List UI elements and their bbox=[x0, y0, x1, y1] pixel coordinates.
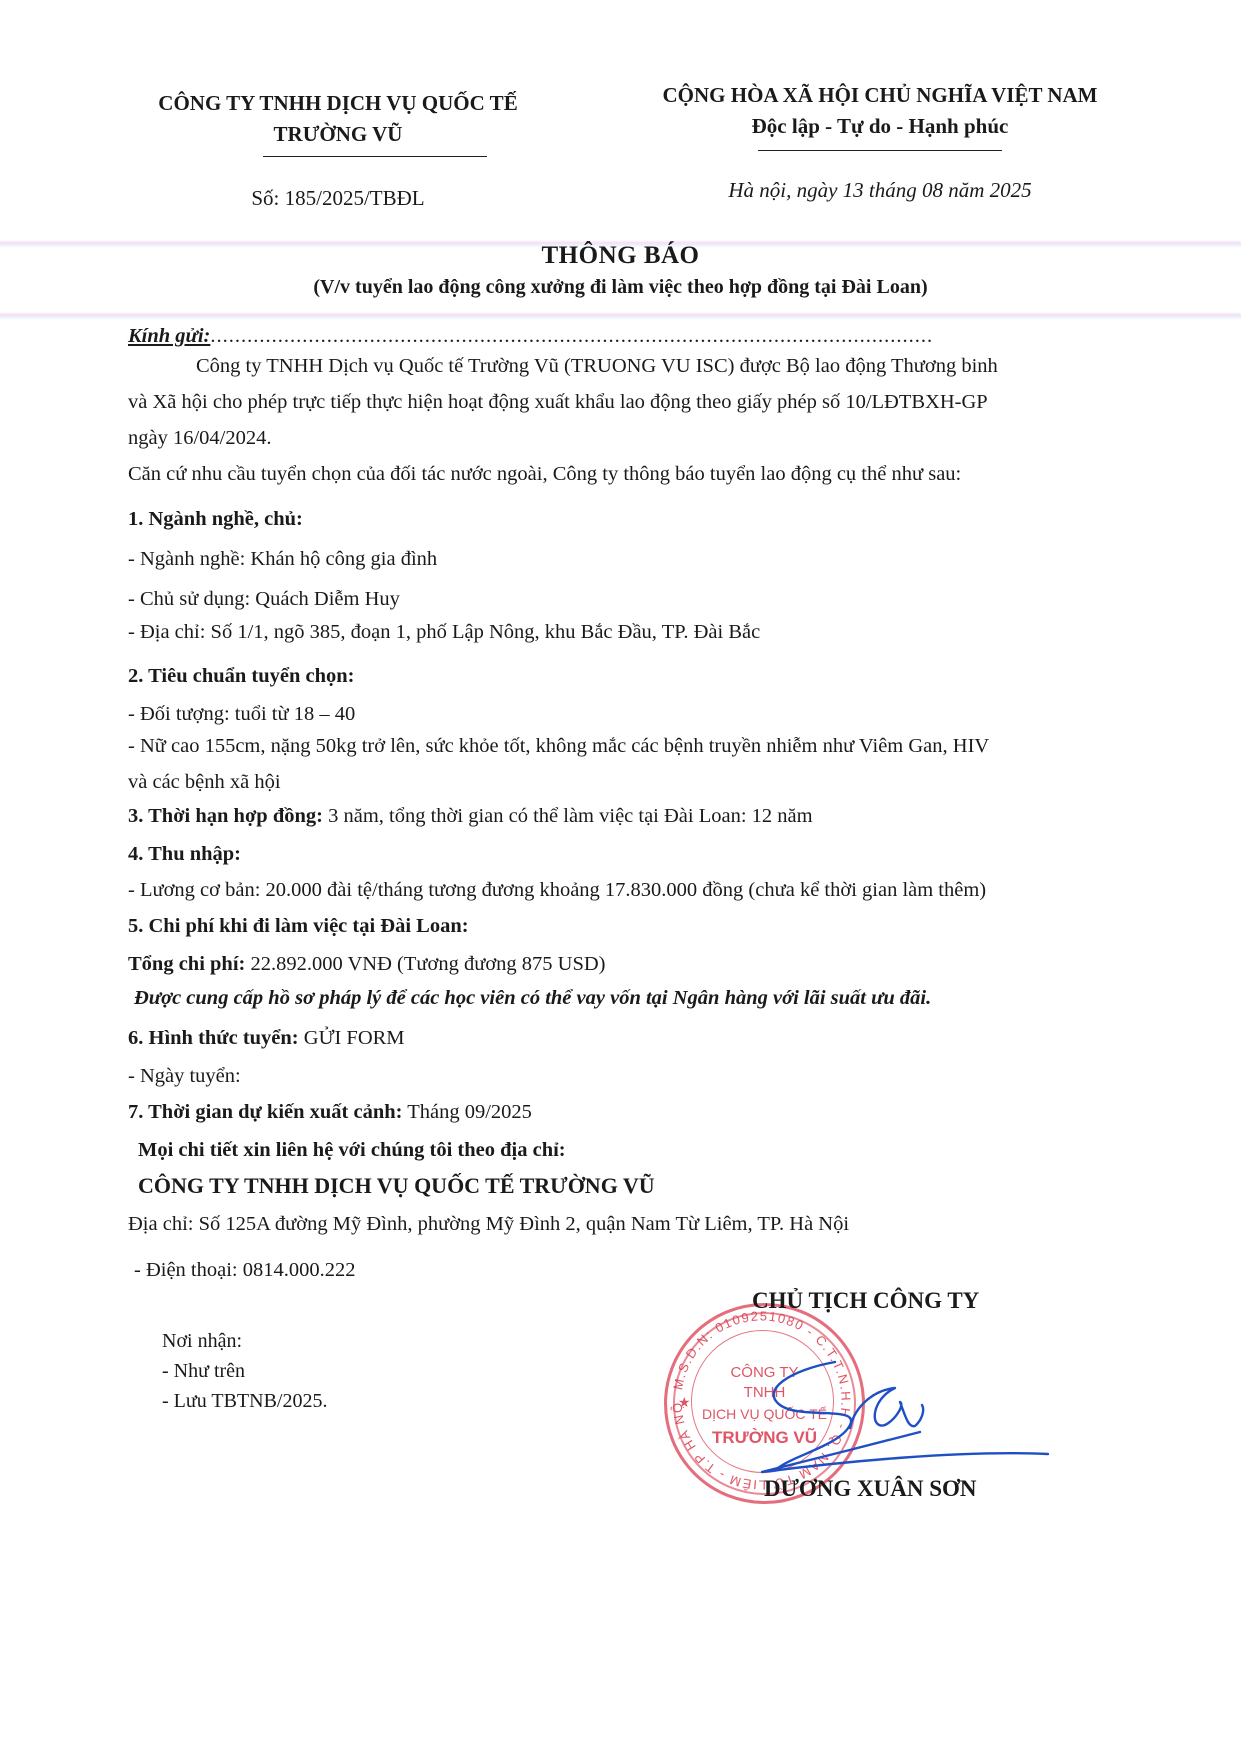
section-7: 7. Thời gian dự kiến xuất cảnh: Tháng 09… bbox=[128, 1098, 1188, 1126]
section-5-total-label: Tổng chi phí: bbox=[128, 953, 245, 975]
intro-line-3: ngày 16/04/2024. bbox=[128, 424, 1188, 452]
document-number: Số: 185/2025/TBĐL bbox=[118, 186, 558, 211]
section-5-total: Tổng chi phí: 22.892.000 VNĐ (Tương đươn… bbox=[128, 950, 1188, 978]
header-divider-left bbox=[263, 156, 487, 157]
section-1-employer: - Chủ sử dụng: Quách Diễm Huy bbox=[128, 585, 1188, 613]
signatory-title: CHỦ TỊCH CÔNG TY bbox=[752, 1288, 979, 1314]
intro-line-2: và Xã hội cho phép trực tiếp thực hiện h… bbox=[128, 388, 1188, 416]
section-6-date: - Ngày tuyển: bbox=[128, 1062, 1188, 1090]
section-6-value: GỬI FORM bbox=[299, 1027, 405, 1049]
section-4-heading: 4. Thu nhập: bbox=[128, 840, 1188, 868]
contact-company: CÔNG TY TNHH DỊCH VỤ QUỐC TẾ TRƯỜNG VŨ bbox=[138, 1172, 1198, 1200]
section-3-value: 3 năm, tổng thời gian có thể làm việc tạ… bbox=[323, 805, 813, 827]
nation-motto: Độc lập - Tự do - Hạnh phúc bbox=[600, 111, 1160, 142]
section-5-total-value: 22.892.000 VNĐ (Tương đương 875 USD) bbox=[245, 953, 605, 975]
section-2-age: - Đối tượng: tuổi từ 18 – 40 bbox=[128, 700, 1188, 728]
section-2-health-1: - Nữ cao 155cm, nặng 50kg trở lên, sức k… bbox=[128, 732, 1188, 760]
section-1-address: - Địa chỉ: Số 1/1, ngõ 385, đoạn 1, phố … bbox=[128, 618, 1188, 646]
handwritten-signature bbox=[700, 1350, 1060, 1480]
section-5-loan-note: Được cung cấp hồ sơ pháp lý để các học v… bbox=[134, 984, 1194, 1012]
scan-artifact bbox=[0, 312, 1241, 320]
intro-line-4: Căn cứ nhu cầu tuyển chọn của đối tác nư… bbox=[128, 460, 1188, 488]
recipient-item: - Lưu TBTNB/2025. bbox=[162, 1386, 327, 1416]
company-name-line2: TRƯỜNG VŨ bbox=[118, 119, 558, 150]
section-6-heading: 6. Hình thức tuyển: bbox=[128, 1027, 299, 1049]
section-2-heading: 2. Tiêu chuẩn tuyển chọn: bbox=[128, 662, 1188, 690]
section-1-job: - Ngành nghề: Khán hộ công gia đình bbox=[128, 545, 1188, 573]
section-3: 3. Thời hạn hợp đồng: 3 năm, tổng thời g… bbox=[128, 802, 1188, 830]
document-title: THÔNG BÁO bbox=[0, 242, 1241, 270]
section-7-value: Tháng 09/2025 bbox=[402, 1101, 531, 1123]
section-3-heading: 3. Thời hạn hợp đồng: bbox=[128, 805, 323, 827]
recipients-block: Nơi nhận: - Như trên - Lưu TBTNB/2025. bbox=[162, 1326, 327, 1416]
section-1-heading: 1. Ngành nghề, chủ: bbox=[128, 505, 1188, 533]
header-divider-right bbox=[758, 150, 1002, 151]
recipients-label: Nơi nhận: bbox=[162, 1326, 327, 1356]
salutation: Kính gửi:...............................… bbox=[128, 322, 1188, 350]
section-5-heading: 5. Chi phí khi đi làm việc tại Đài Loan: bbox=[128, 912, 1188, 940]
section-7-heading: 7. Thời gian dự kiến xuất cảnh: bbox=[128, 1101, 402, 1123]
section-4-salary: - Lương cơ bản: 20.000 đài tệ/tháng tươn… bbox=[128, 876, 1188, 904]
document-subtitle: (V/v tuyển lao động công xưởng đi làm vi… bbox=[0, 276, 1241, 299]
salutation-label: Kính gửi: bbox=[128, 325, 210, 347]
company-name-line1: CÔNG TY TNHH DỊCH VỤ QUỐC TẾ bbox=[118, 88, 558, 119]
contact-intro: Mọi chi tiết xin liên hệ với chúng tôi t… bbox=[138, 1136, 1198, 1164]
salutation-dots: ........................................… bbox=[210, 325, 933, 347]
company-header: CÔNG TY TNHH DỊCH VỤ QUỐC TẾ TRƯỜNG VŨ bbox=[118, 88, 558, 150]
recipient-item: - Như trên bbox=[162, 1356, 327, 1386]
contact-address: Địa chỉ: Số 125A đường Mỹ Đình, phường M… bbox=[128, 1210, 1188, 1238]
section-6: 6. Hình thức tuyển: GỬI FORM bbox=[128, 1024, 1188, 1052]
signatory-name: DƯƠNG XUÂN SƠN bbox=[764, 1476, 977, 1502]
nation-header: CỘNG HÒA XÃ HỘI CHỦ NGHĨA VIỆT NAM Độc l… bbox=[600, 80, 1160, 142]
contact-phone: - Điện thoại: 0814.000.222 bbox=[134, 1256, 1194, 1284]
section-2-health-2: và các bệnh xã hội bbox=[128, 768, 1188, 796]
intro-line-1: Công ty TNHH Dịch vụ Quốc tế Trường Vũ (… bbox=[196, 352, 1241, 380]
place-date: Hà nội, ngày 13 tháng 08 năm 2025 bbox=[600, 178, 1160, 203]
nation-name: CỘNG HÒA XÃ HỘI CHỦ NGHĨA VIỆT NAM bbox=[600, 80, 1160, 111]
